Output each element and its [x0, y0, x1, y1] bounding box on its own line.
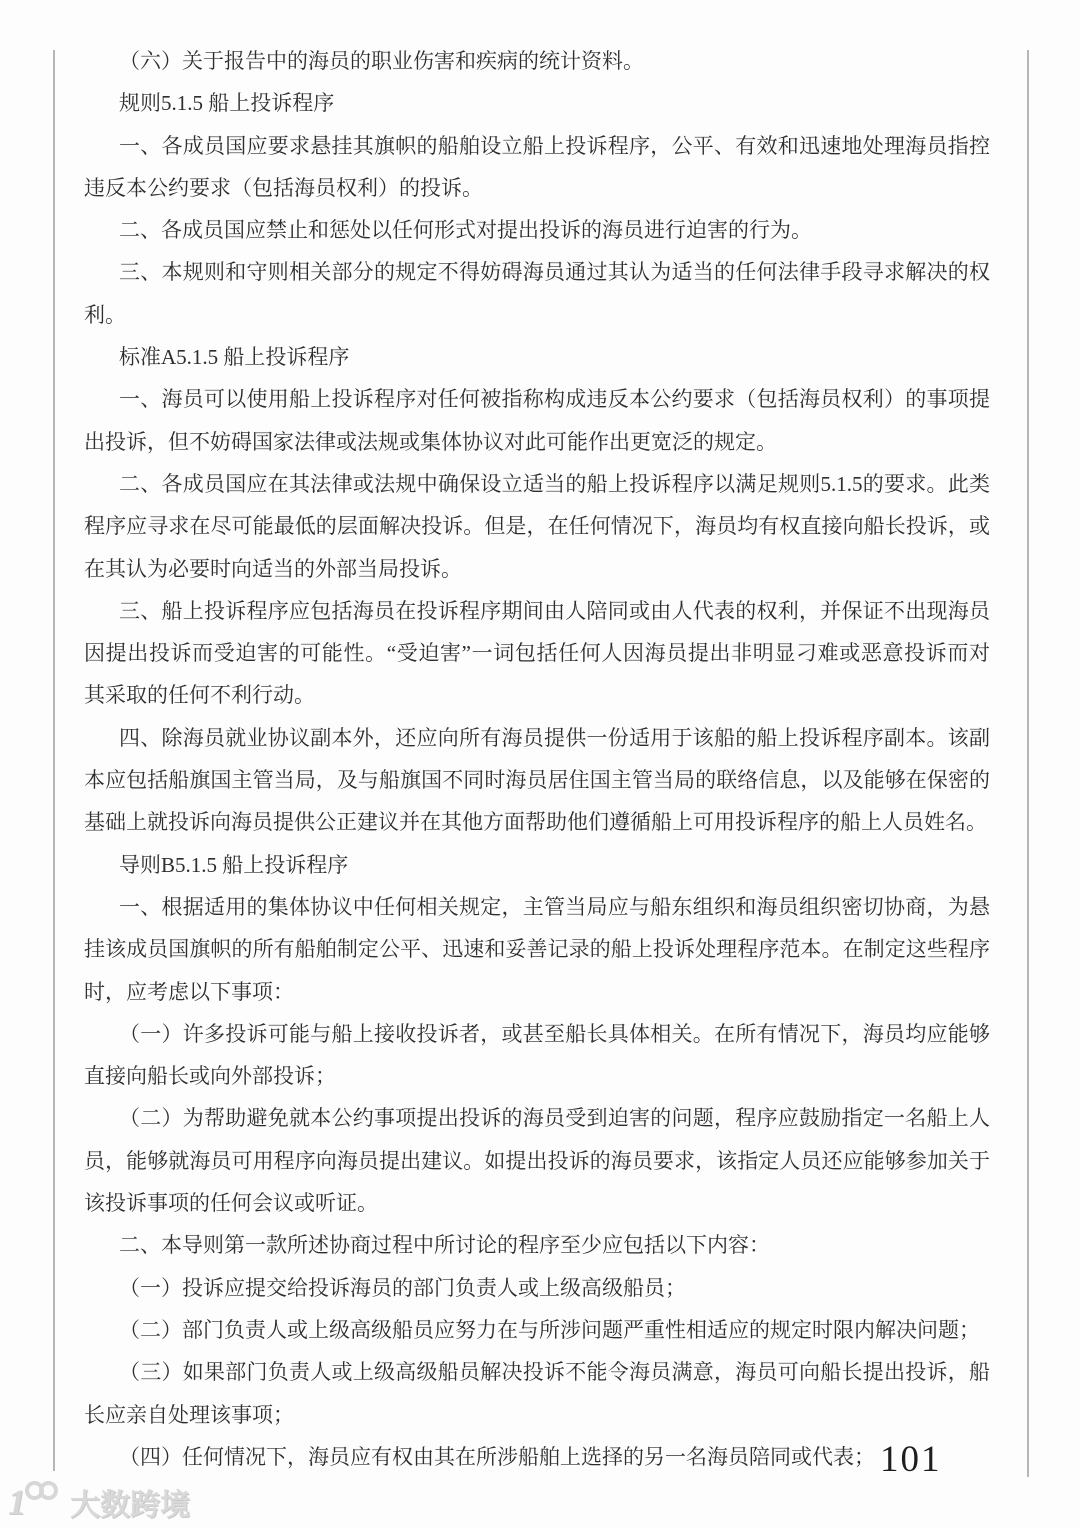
text-line: （三）如果部门负责人或上级高级船员解决投诉不能令海员满意，海员可向船长提出投诉，… — [84, 1351, 990, 1393]
right-border-line — [1027, 50, 1029, 1477]
text-line: 一、各成员国应要求悬挂其旗帜的船舶设立船上投诉程序，公平、有效和迅速地处理海员指… — [84, 125, 990, 167]
text-line: 其采取的任何不利行动。 — [84, 674, 990, 716]
text-line: 一、海员可以使用船上投诉程序对任何被指称构成违反本公约要求（包括海员权利）的事项… — [84, 378, 990, 420]
text-line: 时，应考虑以下事项： — [84, 971, 990, 1013]
watermark-logo-one: 1 — [8, 1482, 26, 1522]
text-line: 该投诉事项的任何会议或听证。 — [84, 1182, 990, 1224]
text-line: 四、除海员就业协议副本外，还应向所有海员提供一份适用于该船的船上投诉程序副本。该… — [84, 717, 990, 759]
text-line: 标准A5.1.5 船上投诉程序 — [84, 336, 990, 378]
text-line: 在其认为必要时向适当的外部当局投诉。 — [84, 548, 990, 590]
text-line: 出投诉，但不妨碍国家法律或法规或集体协议对此可能作出更宽泛的规定。 — [84, 421, 990, 463]
text-line: 二、各成员国应禁止和惩处以任何形式对提出投诉的海员进行迫害的行为。 — [84, 209, 990, 251]
text-line: 二、本导则第一款所述协商过程中所讨论的程序至少应包括以下内容： — [84, 1224, 990, 1266]
text-line: （一）许多投诉可能与船上接收投诉者，或甚至船长具体相关。在所有情况下，海员均应能… — [84, 1013, 990, 1055]
text-line: 三、船上投诉程序应包括海员在投诉程序期间由人陪同或由人代表的权利，并保证不出现海… — [84, 590, 990, 632]
text-line: 长应亲自处理该事项； — [84, 1394, 990, 1436]
text-line: 基础上就投诉向海员提供公正建议并在其他方面帮助他们遵循船上可用投诉程序的船上人员… — [84, 801, 990, 843]
watermark-logo-circle — [39, 1481, 58, 1500]
watermark-logo-icon: 1 — [8, 1481, 58, 1523]
watermark-text: 大数跨境 — [70, 1480, 190, 1524]
text-line: 一、根据适用的集体协议中任何相关规定，主管当局应与船东组织和海员组织密切协商，为… — [84, 886, 990, 928]
text-line: 挂该成员国旗帜的所有船舶制定公平、迅速和妥善记录的船上投诉处理程序范本。在制定这… — [84, 928, 990, 970]
text-line: （六）关于报告中的海员的职业伤害和疾病的统计资料。 — [84, 40, 990, 82]
page-number: 101 — [880, 1438, 942, 1481]
document-page: （六）关于报告中的海员的职业伤害和疾病的统计资料。规则5.1.5 船上投诉程序一… — [0, 0, 1080, 1528]
text-line: 导则B5.1.5 船上投诉程序 — [84, 844, 990, 886]
text-line: 程序应寻求在尽可能最低的层面解决投诉。但是，在任何情况下，海员均有权直接向船长投… — [84, 505, 990, 547]
text-line: （一）投诉应提交给投诉海员的部门负责人或上级高级船员； — [84, 1267, 990, 1309]
watermark: 1 大数跨境 — [8, 1480, 190, 1524]
text-line: 本应包括船旗国主管当局，及与船旗国不同时海员居住国主管当局的联络信息，以及能够在… — [84, 759, 990, 801]
document-text: （六）关于报告中的海员的职业伤害和疾病的统计资料。规则5.1.5 船上投诉程序一… — [84, 40, 990, 1478]
text-line: 违反本公约要求（包括海员权利）的投诉。 — [84, 167, 990, 209]
text-line: 员，能够就海员可用程序向海员提出建议。如提出投诉的海员要求，该指定人员还应能够参… — [84, 1140, 990, 1182]
text-line: 利。 — [84, 294, 990, 336]
text-line: 二、各成员国应在其法律或法规中确保设立适当的船上投诉程序以满足规则5.1.5的要… — [84, 463, 990, 505]
text-line: 因提出投诉而受迫害的可能性。“受迫害”一词包括任何人因海员提出非明显刁难或恶意投… — [84, 632, 990, 674]
left-border-line — [53, 50, 55, 1471]
text-line: （四）任何情况下，海员应有权由其在所涉船舶上选择的另一名海员陪同或代表； — [84, 1436, 990, 1478]
text-line: （二）部门负责人或上级高级船员应努力在与所涉问题严重性相适应的规定时限内解决问题… — [84, 1309, 990, 1351]
text-line: 直接向船长或向外部投诉； — [84, 1055, 990, 1097]
text-line: （二）为帮助避免就本公约事项提出投诉的海员受到迫害的问题，程序应鼓励指定一名船上… — [84, 1097, 990, 1139]
text-line: 三、本规则和守则相关部分的规定不得妨碍海员通过其认为适当的任何法律手段寻求解决的… — [84, 251, 990, 293]
text-line: 规则5.1.5 船上投诉程序 — [84, 82, 990, 124]
